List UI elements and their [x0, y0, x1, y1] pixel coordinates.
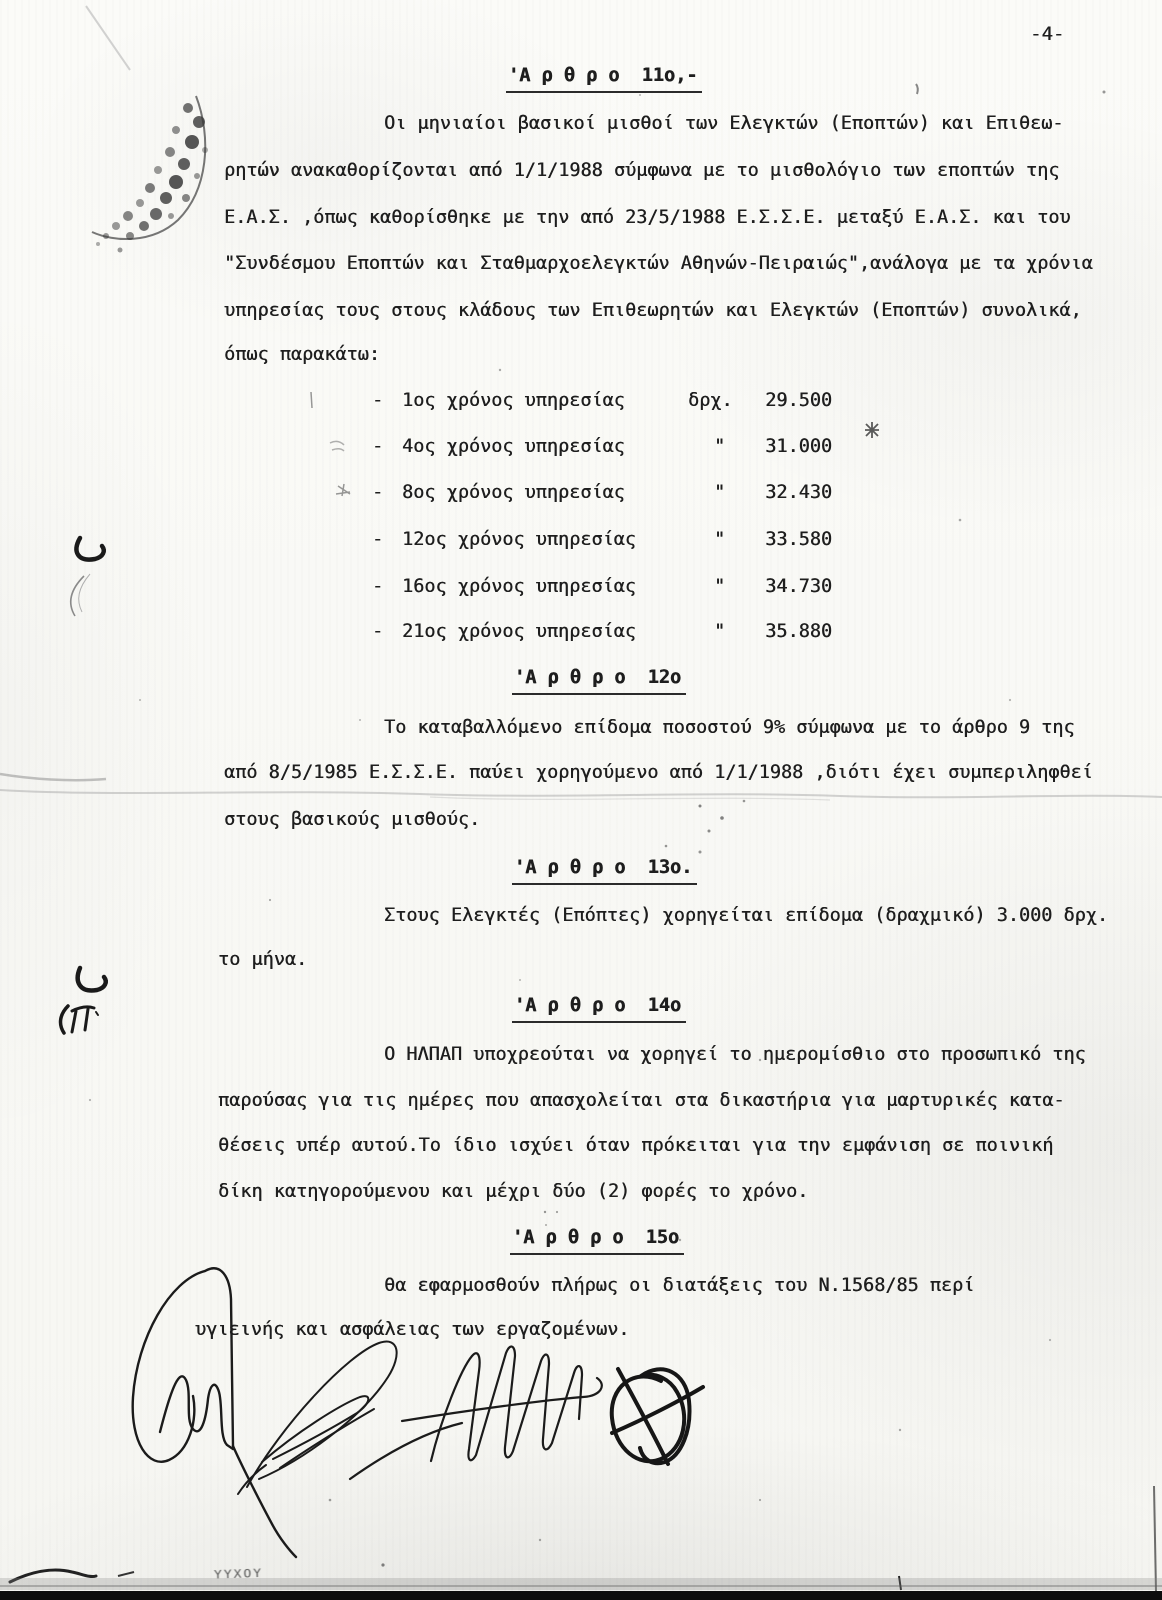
bottom-left-scribble	[10, 1570, 96, 1582]
scanned-document-page: -4- 'Α ρ θ ρ ο 11ο,- Οι μηνιαίοι βασικοί…	[0, 0, 1162, 1600]
article-12-line: Το καταβαλλόμενο επίδομα ποσοστού 9% σύμ…	[384, 716, 1075, 740]
article-11-line: Οι μηνιαίοι βασικοί μισθοί των Ελεγκτών …	[384, 112, 1063, 136]
salary-row: - 4ος χρόνος υπηρεσίας " 31.000	[0, 436, 1162, 460]
row-label: 4ος χρόνος υπηρεσίας	[402, 436, 625, 457]
row-currency: "	[688, 576, 725, 597]
salary-row: - 8ος χρόνος υπηρεσίας " 32.430	[0, 482, 1162, 506]
article-11-line: Ε.Α.Σ. ,όπως καθορίσθηκε με την από 23/5…	[224, 206, 1070, 230]
right-edge-line	[1154, 1486, 1156, 1592]
scan-artifacts-overlay	[0, 0, 1162, 1600]
corner-fold-line	[86, 6, 130, 70]
row-amount: 31.000	[748, 436, 832, 457]
salary-row: - 21ος χρόνος υπηρεσίας " 35.880	[0, 621, 1162, 645]
salary-row: - 16ος χρόνος υπηρεσίας " 34.730	[0, 576, 1162, 600]
row-label: 8ος χρόνος υπηρεσίας	[402, 482, 625, 503]
scan-bottom-streak-dark	[0, 1585, 1162, 1587]
article-11-line: "Συνδέσμου Εποπτών και Σταθμαρχοελεγκτών…	[224, 252, 1093, 276]
article-12-line: από 8/5/1985 Ε.Σ.Σ.Ε. παύει χορηγούμενο …	[224, 761, 1093, 785]
signature-2	[238, 1342, 397, 1494]
article-14-line: Ο ΗΛΠΑΠ υποχρεούται να χορηγεί το ημερομ…	[384, 1043, 1086, 1067]
bottom-tick	[899, 1576, 901, 1590]
row-amount: 32.430	[748, 482, 832, 503]
crease-line	[0, 790, 1162, 797]
row-label: 21ος χρόνος υπηρεσίας	[402, 621, 636, 642]
salary-row: - 12ος χρόνος υπηρεσίας " 33.580	[0, 529, 1162, 553]
row-dash: -	[372, 621, 383, 642]
row-amount: 34.730	[748, 576, 832, 597]
row-amount: 29.500	[748, 390, 832, 411]
signature-3	[350, 1347, 602, 1479]
article-12-line: στους βασικούς μισθούς.	[224, 808, 480, 832]
row-label: 12ος χρόνος υπηρεσίας	[402, 529, 636, 550]
row-dash: -	[372, 529, 383, 550]
signature-4	[612, 1369, 703, 1464]
article-11-line: ρητών ανακαθορίζονται από 1/1/1988 σύμφω…	[224, 159, 1059, 183]
scan-bottom-streak	[0, 1578, 1162, 1590]
article-14-heading: 'Α ρ θ ρ ο 14ο	[512, 994, 686, 1023]
scan-bottom-band	[0, 1591, 1162, 1600]
article-15-line: υγιεινής και ασφάλειας των εργαζομένων.	[195, 1318, 629, 1342]
row-amount: 35.880	[748, 621, 832, 642]
article-11-line: όπως παρακάτω:	[224, 343, 391, 367]
margin-mark-crescent-2	[78, 968, 106, 990]
bottom-left-dash	[118, 1572, 134, 1576]
ink-stamp	[92, 96, 208, 253]
article-13-line: Στους Ελεγκτές (Επόπτες) χορηγείται επίδ…	[384, 904, 1108, 928]
crease-line-left	[0, 774, 106, 780]
row-currency: δρχ.	[688, 390, 733, 411]
row-dash: -	[372, 436, 383, 457]
margin-mark-pi	[61, 1006, 98, 1033]
row-currency: "	[688, 482, 725, 503]
salary-row: - 1ος χρόνος υπηρεσίας δρχ. 29.500	[0, 390, 1162, 414]
row-amount: 33.580	[748, 529, 832, 550]
signature-1	[133, 1268, 296, 1557]
article-14-line: θέσεις υπέρ αυτού.Το ίδιο ισχύει όταν πρ…	[218, 1134, 1053, 1158]
article-13-heading: 'Α ρ θ ρ ο 13ο.	[512, 856, 697, 885]
row-currency: "	[688, 436, 725, 457]
bottom-smudge-text: ΥΥΧΟΥ	[214, 1567, 264, 1582]
article-15-heading: 'Α ρ θ ρ ο 15ο	[510, 1226, 684, 1255]
apostrophe-speck	[916, 84, 918, 94]
crease-line-echo	[430, 797, 830, 800]
row-dash: -	[372, 482, 383, 503]
row-currency: "	[688, 529, 725, 550]
row-label: 16ος χρόνος υπηρεσίας	[402, 576, 636, 597]
ink-stamp-arc	[92, 96, 205, 239]
article-11-heading: 'Α ρ θ ρ ο 11ο,-	[506, 64, 702, 93]
article-12-heading: 'Α ρ θ ρ ο 12ο	[512, 666, 686, 695]
article-14-line: παρούσας για τις ημέρες που απασχολείται…	[218, 1089, 1064, 1113]
row-dash: -	[372, 390, 383, 411]
page-number: -4-	[1030, 22, 1064, 46]
article-15-line: θα εφαρμοσθούν πλήρως οι διατάξεις του Ν…	[384, 1274, 974, 1298]
row-label: 1ος χρόνος υπηρεσίας	[402, 390, 625, 411]
article-14-line: δίκη κατηγορούμενου και μέχρι δύο (2) φο…	[218, 1180, 808, 1204]
row-currency: "	[688, 621, 725, 642]
row-dash: -	[372, 576, 383, 597]
article-13-line: το μήνα.	[218, 948, 307, 972]
article-11-line: υπηρεσίας τους στους κλάδους των Επιθεωρ…	[224, 299, 1082, 323]
